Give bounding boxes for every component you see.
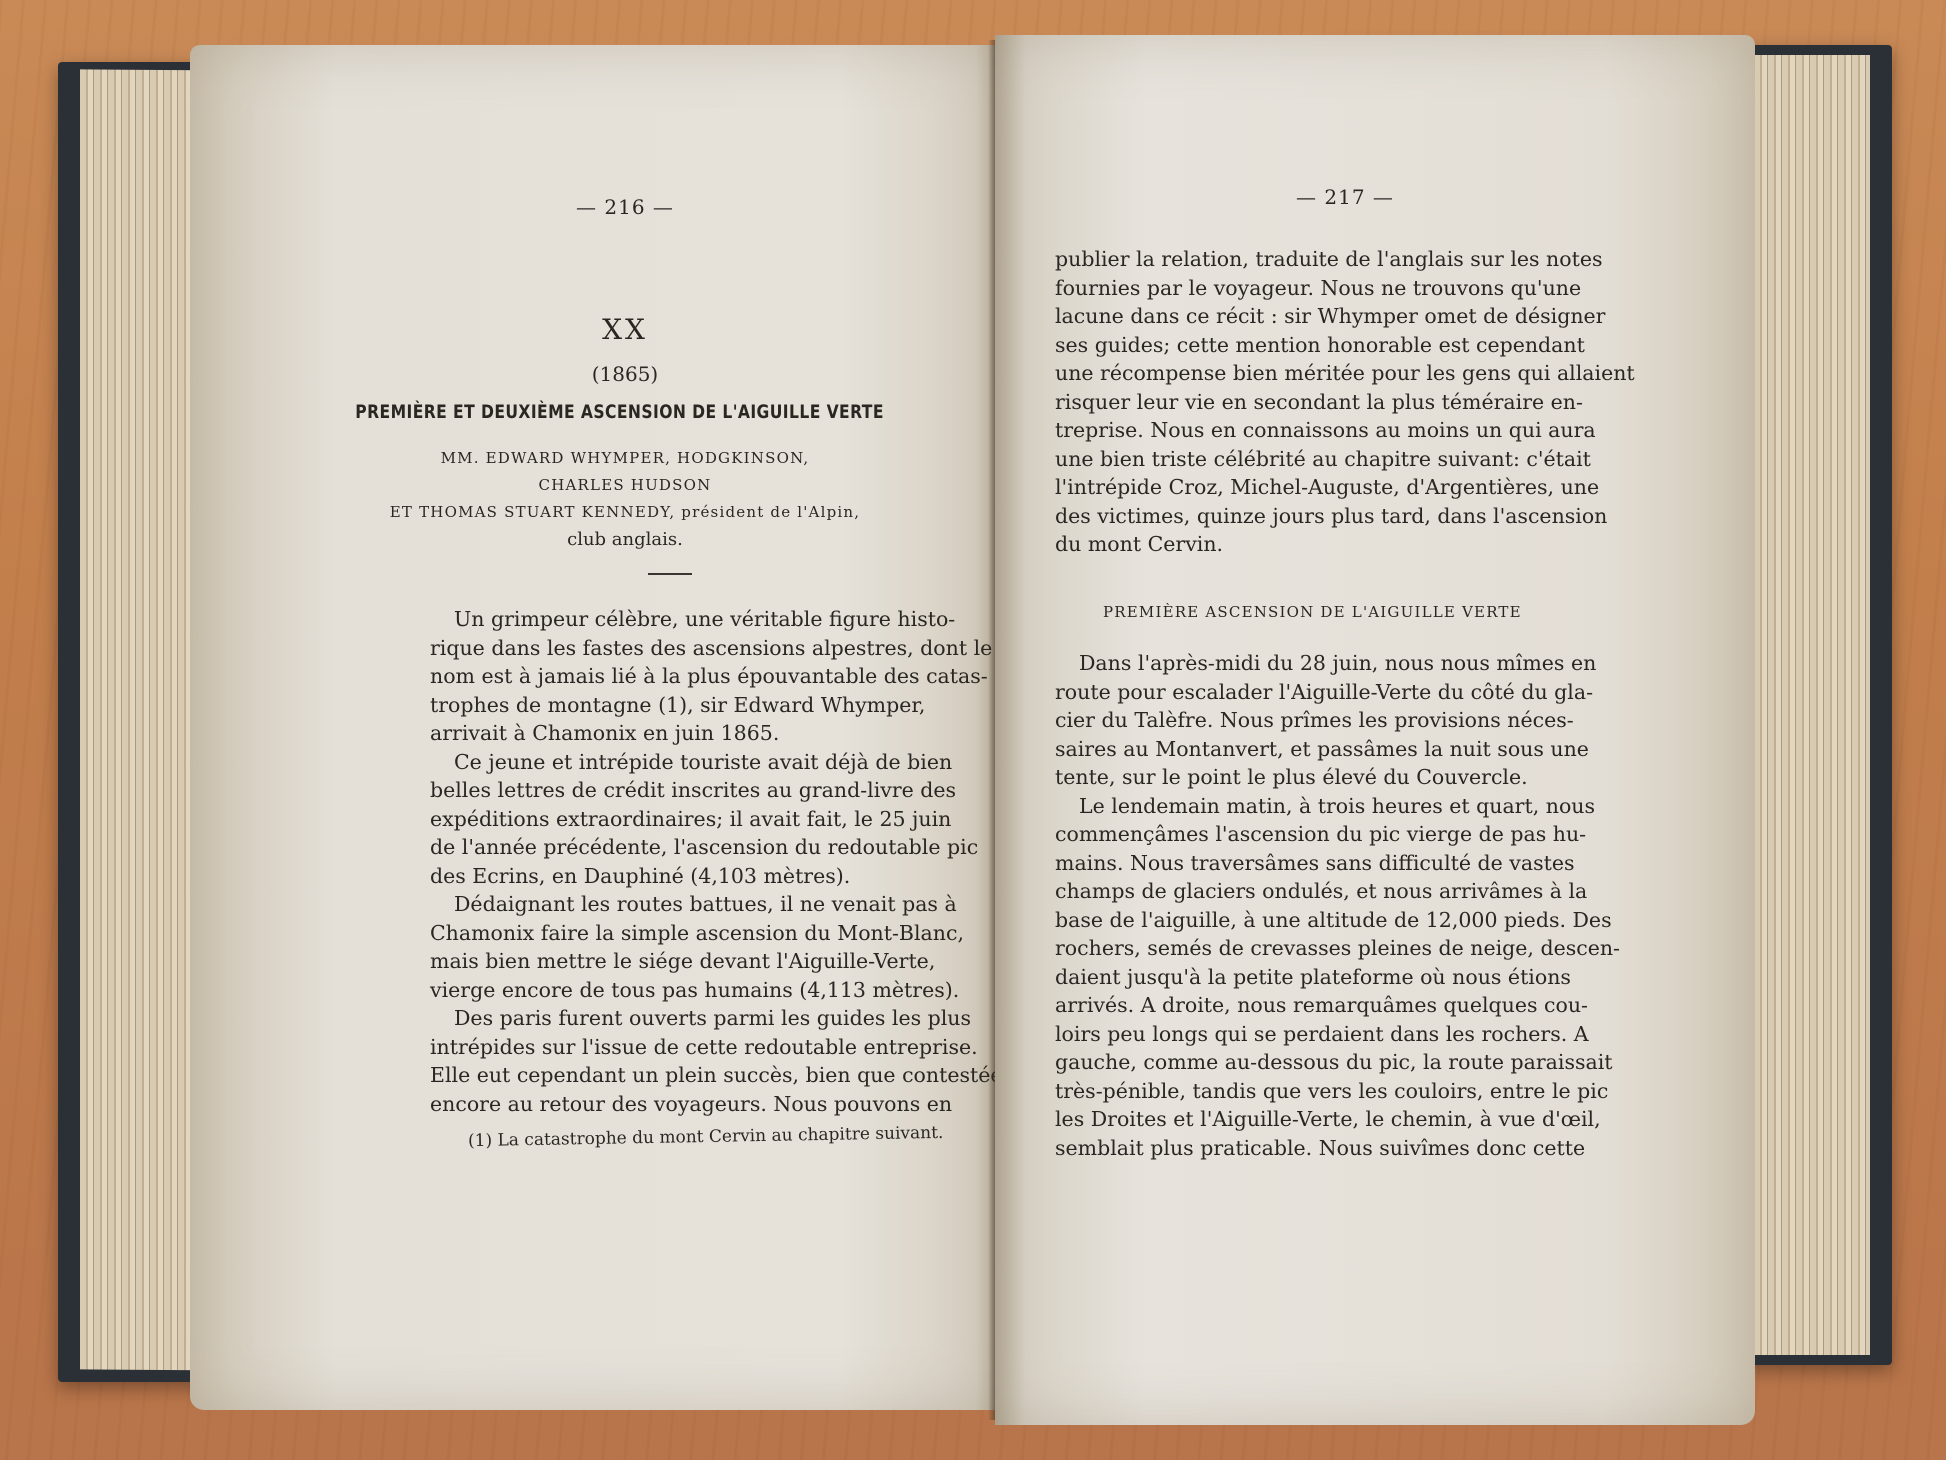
text-line: cier du Talèfre. Nous prîmes les provisi…	[1055, 706, 1620, 735]
body-text: Un grimpeur célèbre, une véritable figur…	[430, 605, 1003, 1118]
text-line: rochers, semés de crevasses pleines de n…	[1055, 934, 1620, 963]
chapter-heading: PREMIÈRE ET DEUXIÈME ASCENSION DE L'AIGU…	[263, 401, 927, 423]
text-line: belles lettres de crédit inscrites au gr…	[430, 776, 1003, 805]
text-line: Un grimpeur célèbre, une véritable figur…	[430, 605, 1003, 634]
text-line: champs de glaciers ondulés, et nous arri…	[1055, 877, 1620, 906]
section-divider	[648, 573, 692, 575]
text-line: intrépides sur l'issue de cette redoutab…	[430, 1033, 1003, 1062]
text-line: mais bien mettre le siége devant l'Aigui…	[430, 947, 1003, 976]
text-line: du mont Cervin.	[1055, 530, 1635, 559]
page-number: — 217 —	[995, 185, 1695, 209]
participants-list: MM. EDWARD WHYMPER, HODGKINSON, CHARLES …	[190, 445, 1000, 553]
page-edges-right	[1740, 55, 1870, 1355]
text-line: fournies par le voyageur. Nous ne trouvo…	[1055, 274, 1635, 303]
text-line: rique dans les fastes des ascensions alp…	[430, 634, 1003, 663]
text-line: risquer leur vie en secondant la plus té…	[1055, 388, 1635, 417]
participants-line: MM. EDWARD WHYMPER, HODGKINSON,	[250, 445, 1000, 472]
text-line: nom est à jamais lié à la plus épouvanta…	[430, 662, 1003, 691]
text-line: saires au Montanvert, et passâmes la nui…	[1055, 735, 1620, 764]
text-line: très-pénible, tandis que vers les couloi…	[1055, 1077, 1620, 1106]
text-line: une bien triste célébrité au chapitre su…	[1055, 445, 1635, 474]
text-line: gauche, comme au-dessous du pic, la rout…	[1055, 1048, 1620, 1077]
text-line: treprise. Nous en connaissons au moins u…	[1055, 416, 1635, 445]
text-line: tente, sur le point le plus élevé du Cou…	[1055, 763, 1620, 792]
text-line: Dédaignant les routes battues, il ne ven…	[430, 890, 1003, 919]
text-line: arrivés. A droite, nous remarquâmes quel…	[1055, 991, 1620, 1020]
text-line: les Droites et l'Aiguille-Verte, le chem…	[1055, 1105, 1620, 1134]
text-line: Le lendemain matin, à trois heures et qu…	[1055, 792, 1620, 821]
text-line: l'intrépide Croz, Michel-Auguste, d'Arge…	[1055, 473, 1635, 502]
footnote: (1) La catastrophe du mont Cervin au cha…	[468, 1123, 944, 1151]
text-line: vierge encore de tous pas humains (4,113…	[430, 976, 1003, 1005]
participants-line: club anglais.	[250, 526, 1000, 553]
text-line: ses guides; cette mention honorable est …	[1055, 331, 1635, 360]
text-line: des victimes, quinze jours plus tard, da…	[1055, 502, 1635, 531]
participants-line: CHARLES HUDSON	[250, 472, 1000, 499]
text-line: route pour escalader l'Aiguille-Verte du…	[1055, 678, 1620, 707]
left-page: — 216 — XX (1865) PREMIÈRE ET DEUXIÈME A…	[190, 45, 1000, 1410]
text-line: publier la relation, traduite de l'angla…	[1055, 245, 1635, 274]
text-line: trophes de montagne (1), sir Edward Whym…	[430, 691, 1003, 720]
text-line: lacune dans ce récit : sir Whymper omet …	[1055, 302, 1635, 331]
body-text-bottom: Dans l'après-midi du 28 juin, nous nous …	[1055, 649, 1620, 1162]
chapter-year: (1865)	[190, 362, 1000, 386]
body-text-top: publier la relation, traduite de l'angla…	[1055, 245, 1635, 559]
chapter-number: XX	[190, 313, 1000, 346]
text-line: arrivait à Chamonix en juin 1865.	[430, 719, 1003, 748]
text-line: Dans l'après-midi du 28 juin, nous nous …	[1055, 649, 1620, 678]
section-heading: PREMIÈRE ASCENSION DE L'AIGUILLE VERTE	[1103, 603, 1522, 621]
text-line: une récompense bien méritée pour les gen…	[1055, 359, 1635, 388]
text-line: expéditions extraordinaires; il avait fa…	[430, 805, 1003, 834]
text-line: Elle eut cependant un plein succès, bien…	[430, 1061, 1003, 1090]
text-line: Chamonix faire la simple ascension du Mo…	[430, 919, 1003, 948]
text-line: Ce jeune et intrépide touriste avait déj…	[430, 748, 1003, 777]
page-number: — 216 —	[190, 195, 1000, 219]
right-page: — 217 — publier la relation, traduite de…	[995, 35, 1755, 1425]
text-line: semblait plus praticable. Nous suivîmes …	[1055, 1134, 1620, 1163]
text-line: des Ecrins, en Dauphiné (4,103 mètres).	[430, 862, 1003, 891]
text-line: Des paris furent ouverts parmi les guide…	[430, 1004, 1003, 1033]
text-line: commençâmes l'ascension du pic vierge de…	[1055, 820, 1620, 849]
text-line: daient jusqu'à la petite plateforme où n…	[1055, 963, 1620, 992]
text-line: base de l'aiguille, à une altitude de 12…	[1055, 906, 1620, 935]
text-line: de l'année précédente, l'ascension du re…	[430, 833, 1003, 862]
text-line: loirs peu longs qui se perdaient dans le…	[1055, 1020, 1620, 1049]
text-line: encore au retour des voyageurs. Nous pou…	[430, 1090, 1003, 1119]
participants-line: ET THOMAS STUART KENNEDY, président de l…	[250, 499, 1000, 526]
text-line: mains. Nous traversâmes sans difficulté …	[1055, 849, 1620, 878]
